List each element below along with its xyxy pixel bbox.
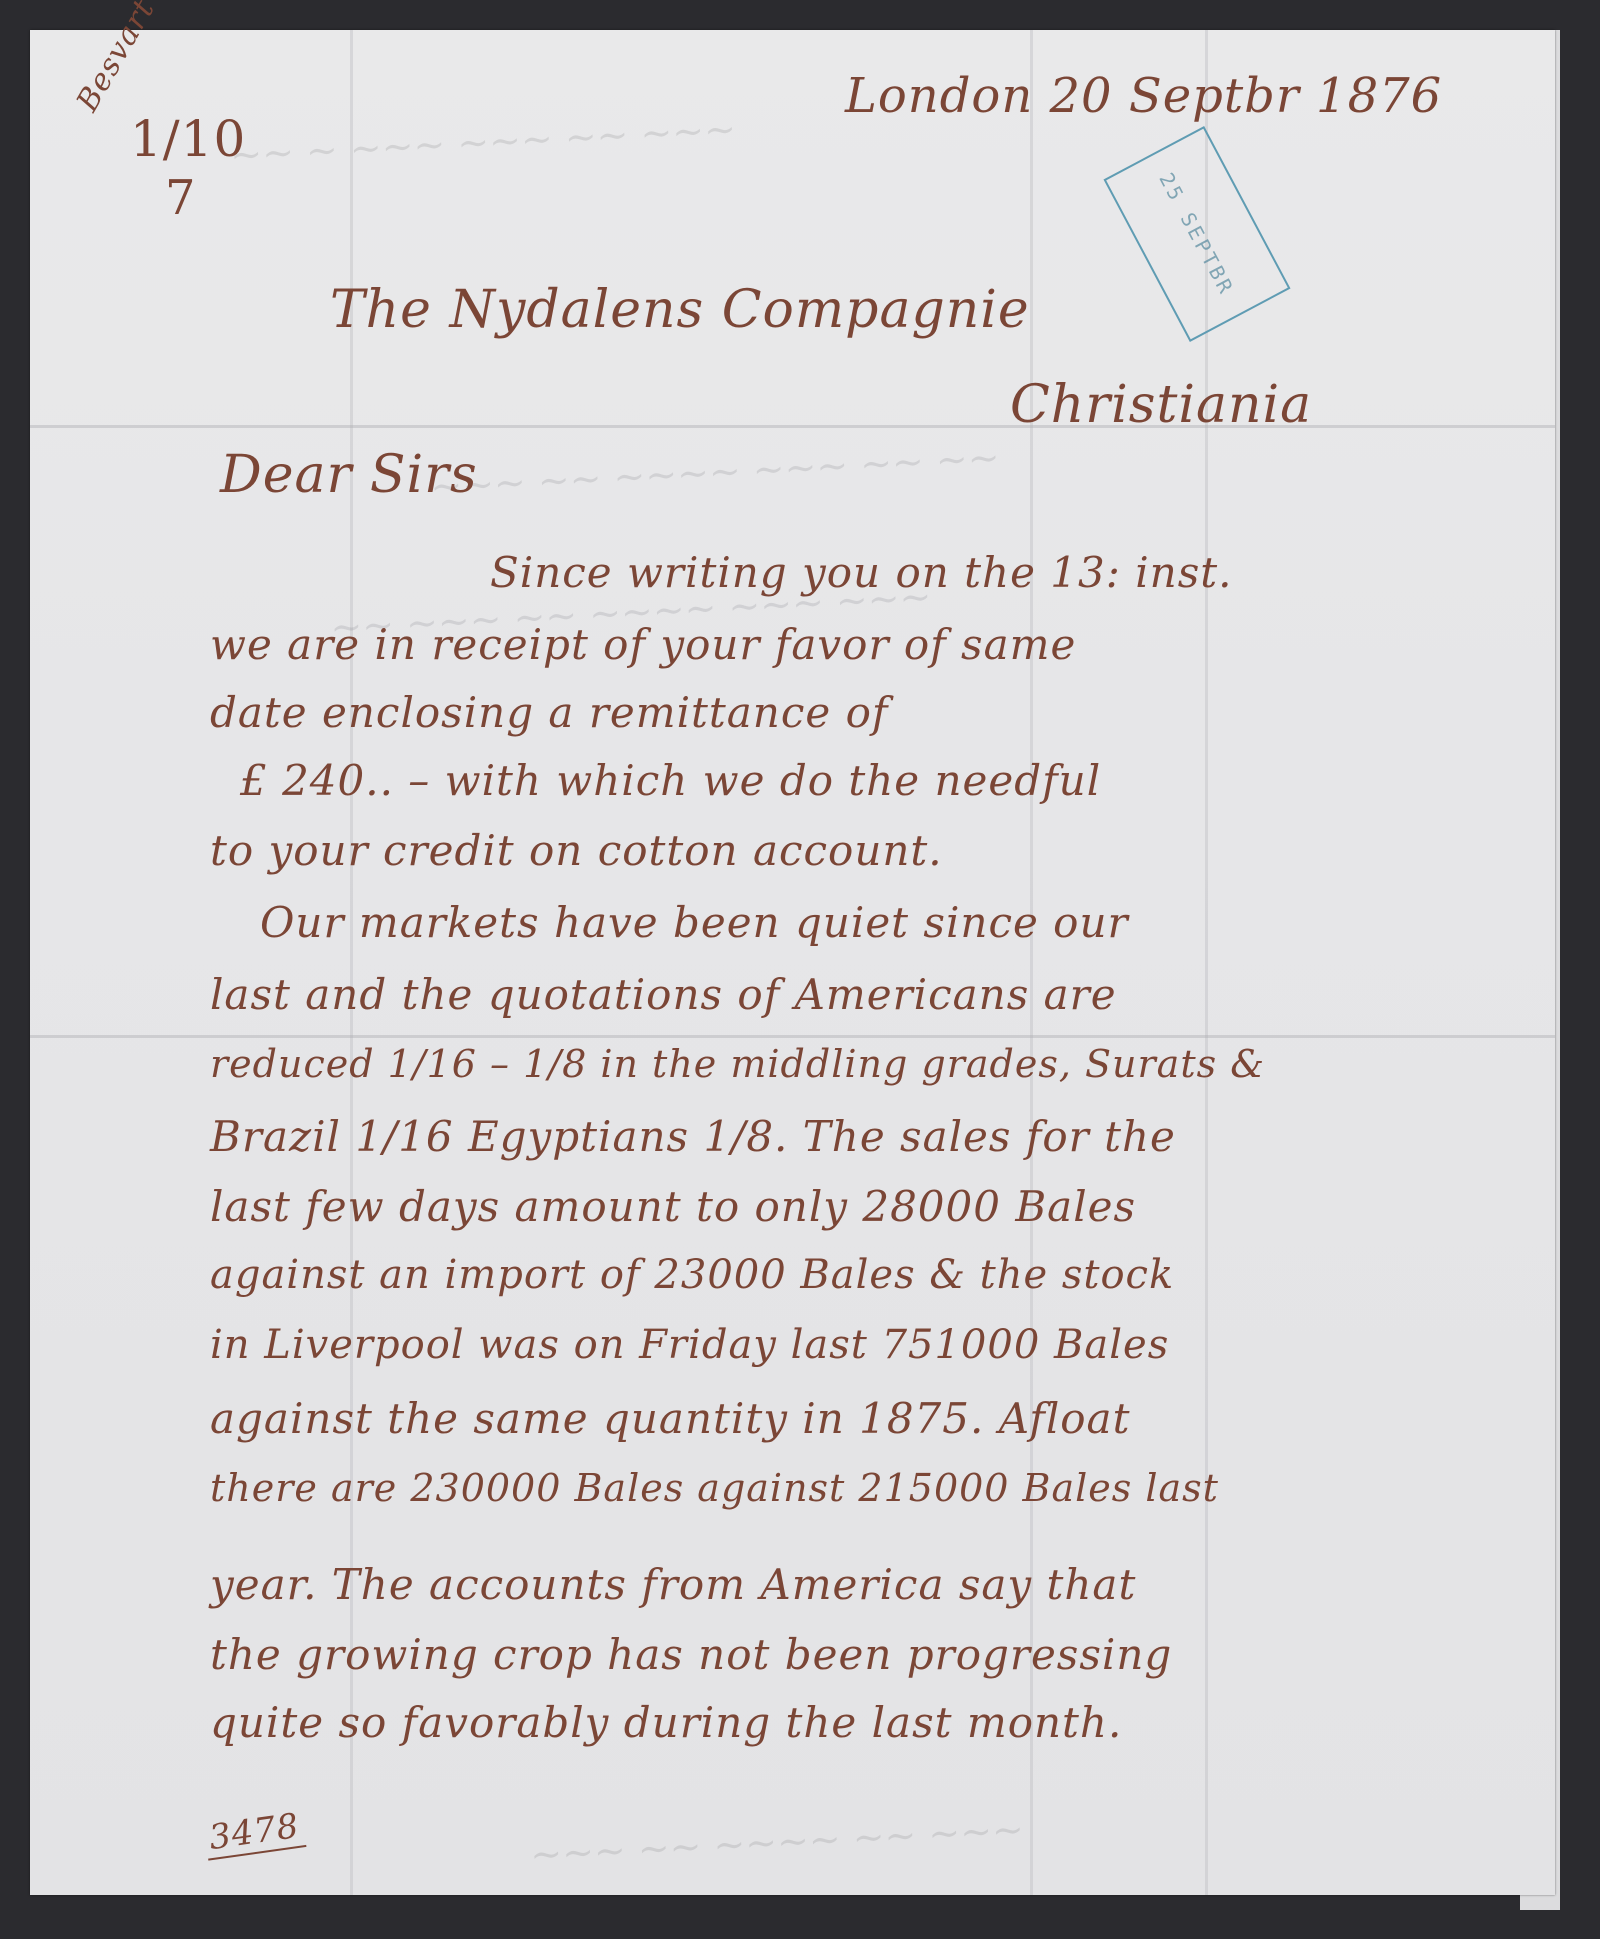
docket-mark: 7 [165,170,197,226]
show-through-text: ~~ ~ ~~~ ~~~ ~~ ~~~ [229,107,737,177]
body-line: Brazil 1/16 Egyptians 1/8. The sales for… [210,1112,1176,1161]
body-line: Our markets have been quiet since our [260,898,1129,947]
body-line: the growing crop has not been progressin… [210,1630,1172,1679]
body-line: we are in receipt of your favor of same [210,620,1076,669]
fold-line-horizontal [30,1035,1555,1038]
body-line: Since writing you on the 13: inst. [490,548,1232,597]
body-line: last and the quotations of Americans are [210,970,1117,1019]
place-date: London 20 Septbr 1876 [845,68,1442,124]
body-line: there are 230000 Bales against 215000 Ba… [210,1466,1219,1510]
recipient-name: The Nydalens Compagnie [330,280,1030,340]
body-line: quite so favorably during the last month… [210,1698,1122,1747]
body-line: year. The accounts from America say that [210,1560,1136,1609]
body-line: against an import of 23000 Bales & the s… [210,1252,1174,1298]
body-line: reduced 1/16 – 1/8 in the middling grade… [210,1042,1265,1086]
docket-annotation: Besvart [70,0,162,118]
reference-number: 3478 [203,1805,306,1860]
body-line: in Liverpool was on Friday last 751000 B… [210,1322,1169,1368]
salutation: Dear Sirs [220,445,478,505]
fold-line-horizontal [30,425,1555,428]
show-through-text: ~~~ ~~ ~~~~ ~~ ~~~ [529,1807,1025,1877]
show-through-text: ~~~ ~~ ~~~~ ~~~ ~~ ~~ [429,435,1000,509]
body-line: £ 240.. – with which we do the needful [240,756,1101,805]
docket-fraction: 1/10 [130,110,246,168]
fold-line-vertical [1030,30,1033,1895]
recipient-city: Christiania [1010,375,1312,435]
body-line: date enclosing a remittance of [210,688,888,737]
body-line: against the same quantity in 1875. Afloa… [210,1394,1130,1443]
letter-sheet: ~~ ~ ~~~ ~~~ ~~ ~~~ ~~~ ~~ ~~~~ ~~~ ~~ ~… [30,30,1555,1895]
body-line: to your credit on cotton account. [210,826,943,875]
body-line: last few days amount to only 28000 Bales [210,1182,1136,1231]
stamp-text: 25 SEPTBR [1155,169,1240,300]
receipt-stamp: 25 SEPTBR [1103,126,1290,342]
